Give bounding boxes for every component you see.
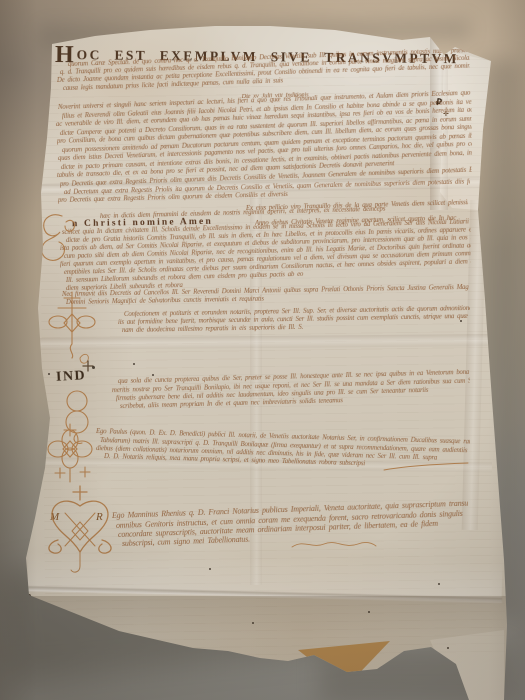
ink-blot — [368, 611, 370, 613]
ind-monogram: IND — [56, 368, 87, 386]
parchment-document: HOC EST EXEMPLVM SIVE TRANSVMPTVM n Chri… — [0, 0, 525, 700]
ink-blot — [92, 366, 95, 369]
notary-initial-m: M — [50, 511, 59, 523]
ink-blot — [447, 647, 449, 649]
ink-blot — [252, 622, 254, 624]
photo-scene: HOC EST EXEMPLVM SIVE TRANSVMPTVM n Chri… — [0, 0, 525, 700]
ink-blot — [460, 320, 462, 322]
ink-blot — [27, 594, 31, 598]
ink-blot — [209, 568, 211, 570]
ink-blot — [133, 363, 135, 365]
notary-initial-r: R — [96, 511, 103, 523]
ink-blot — [198, 649, 200, 651]
ink-blot — [48, 373, 50, 375]
ink-blot — [152, 374, 154, 376]
ink-blot — [438, 583, 440, 585]
